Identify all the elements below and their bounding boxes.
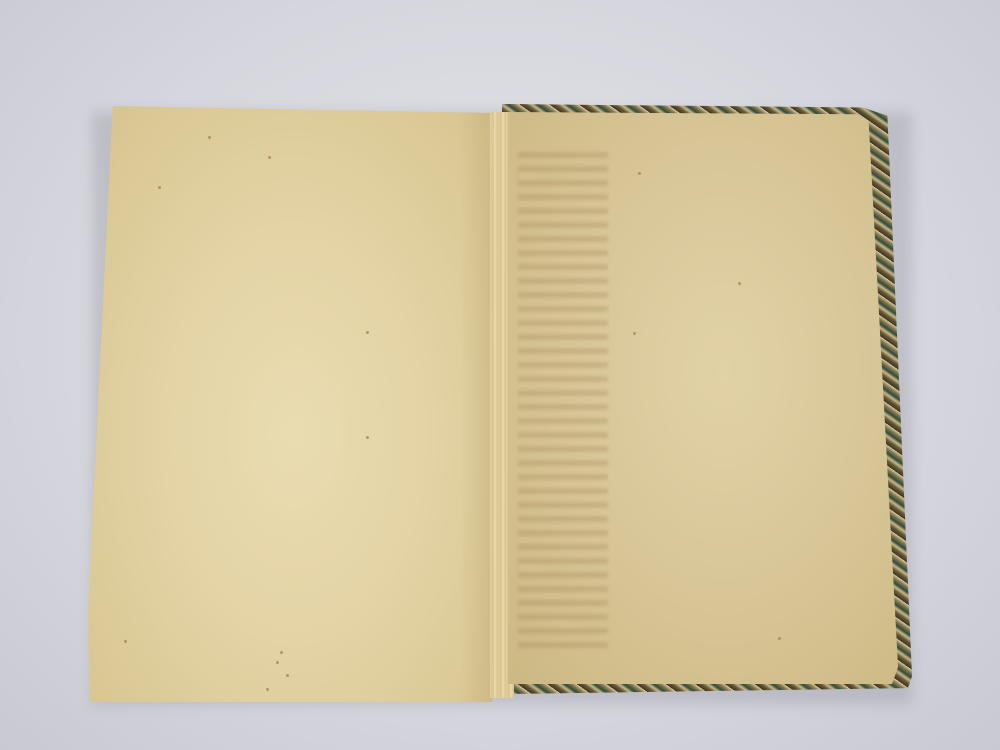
foxing-spot: [208, 136, 211, 139]
foxing-spot: [638, 172, 641, 175]
foxing-spot: [124, 640, 127, 643]
photo-scene: [0, 0, 1000, 750]
foxing-spot: [738, 282, 741, 285]
foxing-spot: [268, 156, 271, 159]
left-endpage: [88, 106, 500, 702]
right-endpage: [508, 112, 900, 684]
foxing-spot: [266, 688, 269, 691]
offset-text-shadow: [518, 152, 608, 652]
foxing-spot: [366, 436, 369, 439]
foxing-spot: [633, 332, 636, 335]
foxing-spot: [280, 651, 283, 654]
foxing-spot: [366, 331, 369, 334]
foxing-spot: [778, 637, 781, 640]
foxing-spot: [276, 661, 279, 664]
foxing-spot: [286, 674, 289, 677]
foxing-spot: [158, 186, 161, 189]
